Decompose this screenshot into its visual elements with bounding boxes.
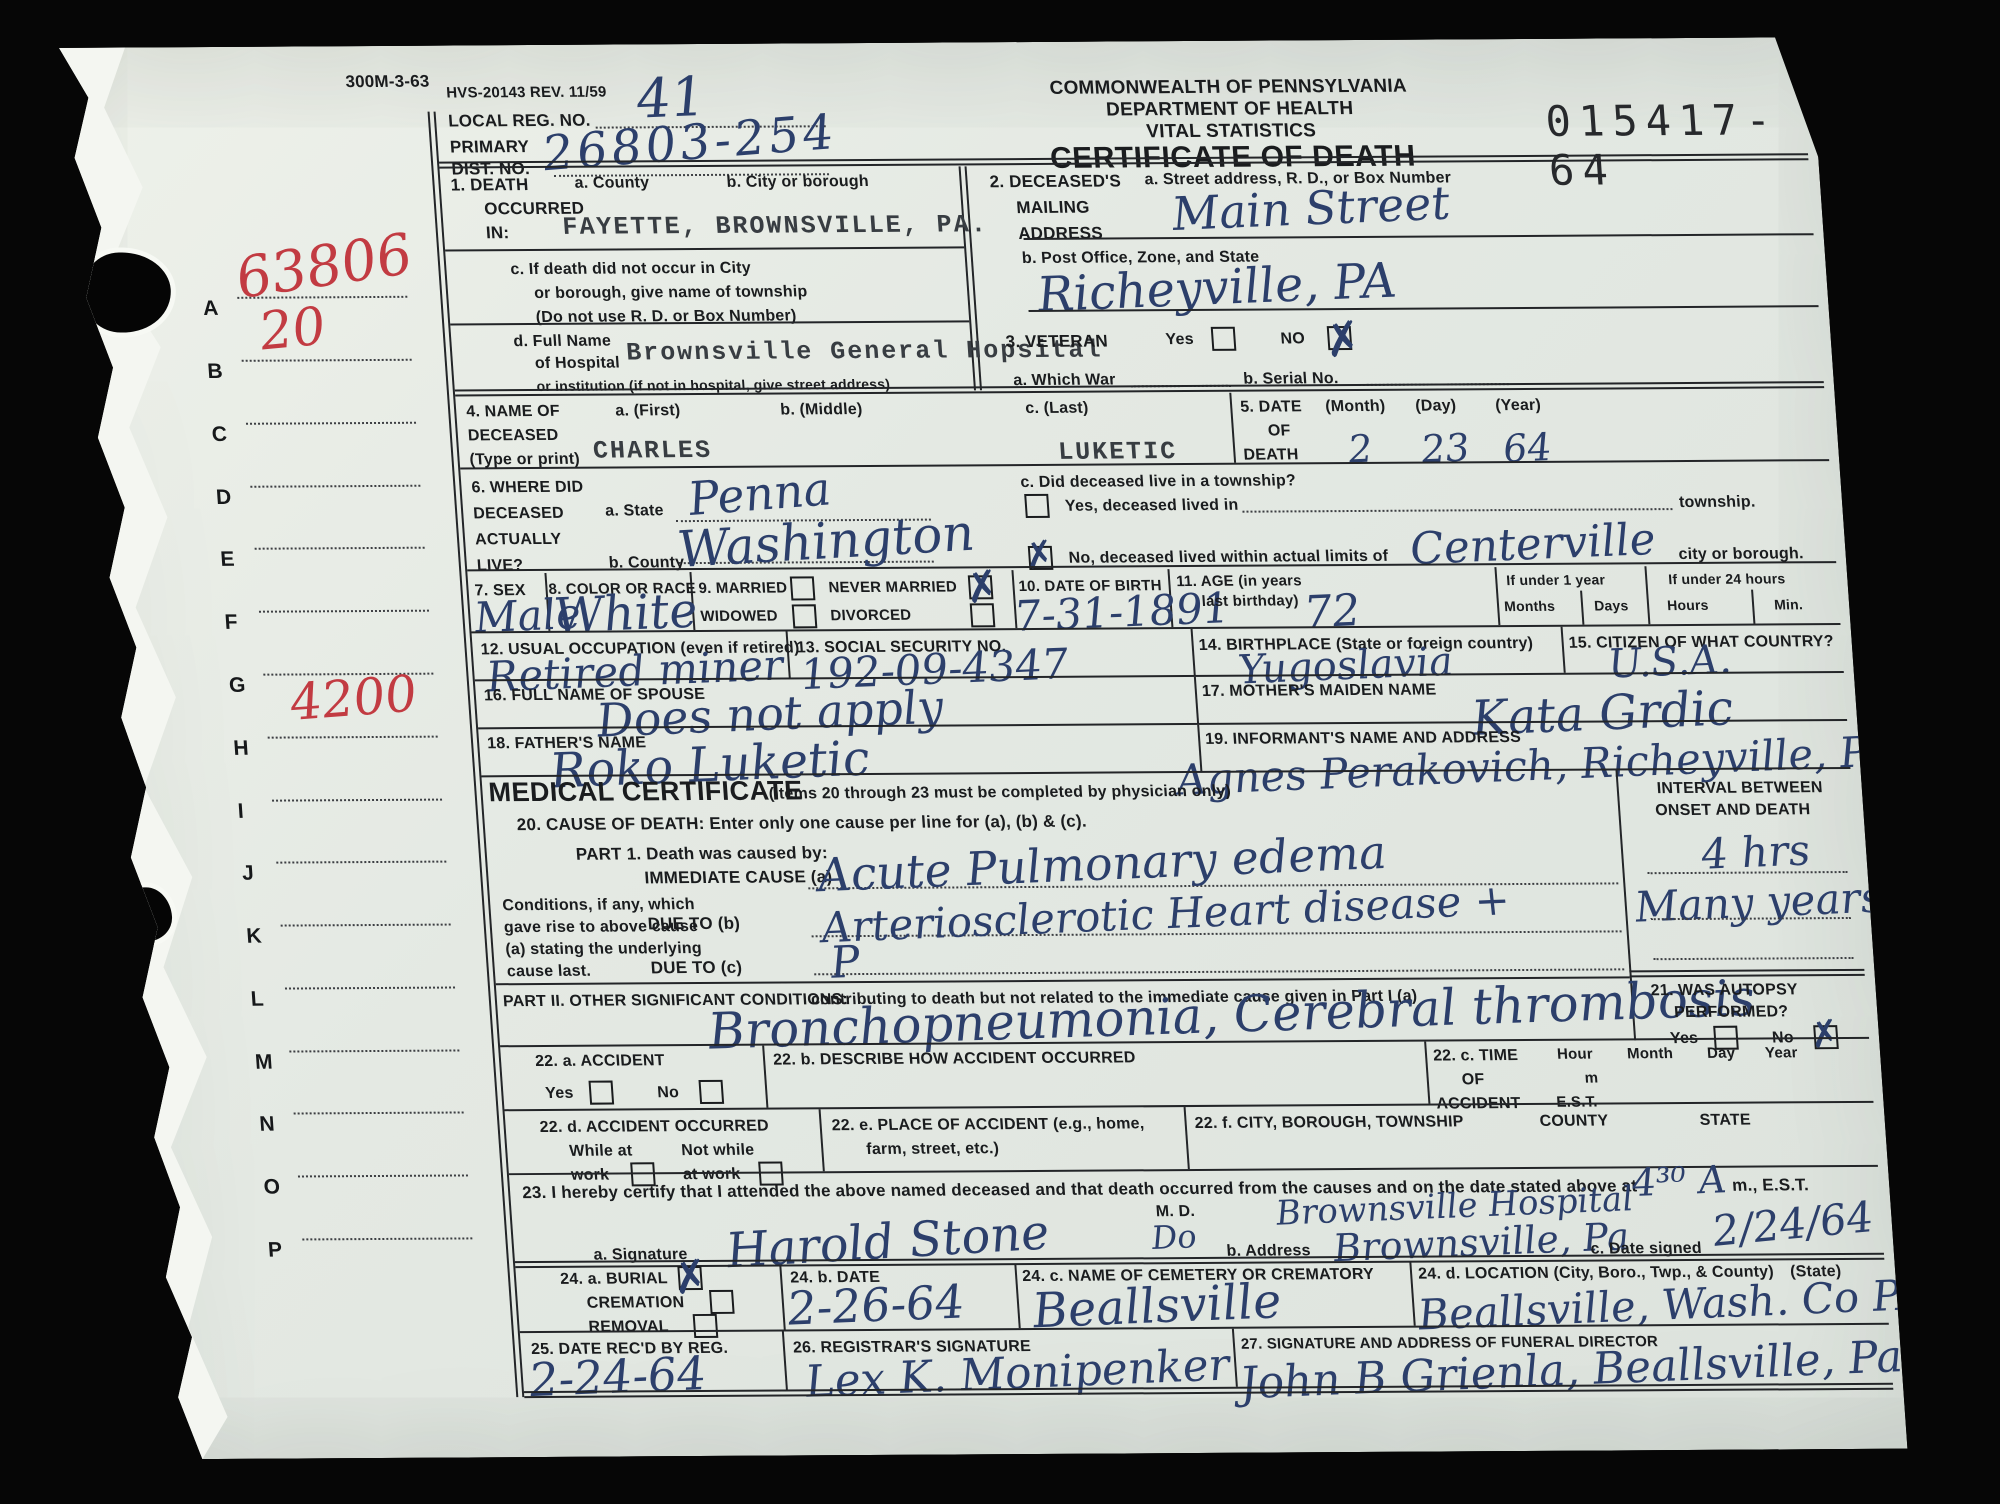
cause-c-scribble: P bbox=[828, 943, 862, 984]
margin-letter: C bbox=[211, 423, 228, 447]
s9-married-label: 9. MARRIED bbox=[698, 580, 788, 597]
s20-cond4: cause last. bbox=[506, 963, 591, 981]
divider bbox=[1644, 566, 1650, 624]
margin-letter: K bbox=[246, 925, 263, 949]
s22e-label2: farm, street, etc.) bbox=[866, 1140, 1000, 1159]
s23-time-value: 4³⁰ A bbox=[1630, 1162, 1727, 1200]
s21-label2: PERFORMED? bbox=[1674, 1003, 1789, 1022]
s3-veteran-label: 3. VETERAN bbox=[1005, 332, 1108, 352]
form-left-border bbox=[428, 112, 525, 1398]
margin-letter: H bbox=[233, 737, 250, 761]
s11-min-label: Min. bbox=[1774, 597, 1804, 613]
s24-date-value: 2-26-64 bbox=[785, 1281, 966, 1330]
interval-c-line bbox=[1653, 957, 1853, 960]
margin-line bbox=[250, 485, 420, 488]
margin-letter: O bbox=[263, 1176, 281, 1200]
s22c-hour-label: Hour bbox=[1557, 1047, 1594, 1064]
s22a-label: 22. a. ACCIDENT bbox=[535, 1052, 666, 1071]
margin-red-entry-b: 20 bbox=[256, 304, 329, 357]
cause-c-line bbox=[814, 968, 1624, 975]
divorced-checkbox bbox=[970, 603, 996, 627]
s23-time-suffix: m., E.S.T. bbox=[1732, 1175, 1810, 1194]
s11-under24-label: If under 24 hours bbox=[1668, 571, 1786, 587]
s20-part1-label: PART 1. Death was caused by: bbox=[575, 843, 828, 864]
s6-yes-checkbox bbox=[1024, 494, 1050, 518]
s9-widowed-label: WIDOWED bbox=[700, 609, 778, 626]
s1-place-value: FAYETTE, BROWNSVILLE, PA. bbox=[562, 210, 989, 242]
s24-cremation-label: CREMATION bbox=[586, 1294, 685, 1312]
s22e-label1: 22. e. PLACE OF ACCIDENT (e.g., home, bbox=[831, 1115, 1145, 1135]
interval-label1: INTERVAL BETWEEN bbox=[1656, 779, 1823, 798]
margin-letter: N bbox=[259, 1113, 276, 1137]
s20-label: 20. CAUSE OF DEATH: Enter only one cause… bbox=[516, 812, 1087, 835]
margin-letter: G bbox=[228, 674, 246, 698]
s4-middle-label: b. (Middle) bbox=[780, 401, 863, 419]
margin-letter: A bbox=[202, 297, 219, 321]
s3-no-label: NO bbox=[1280, 330, 1306, 348]
s6-yes-line bbox=[1242, 508, 1672, 513]
margin-letter: F bbox=[224, 611, 238, 635]
married-checkbox bbox=[790, 576, 816, 600]
s22c-label2: OF bbox=[1461, 1071, 1485, 1089]
s22f-county-label: COUNTY bbox=[1539, 1112, 1609, 1130]
autopsy-no-checkmark: ✗ bbox=[1806, 1015, 1843, 1055]
s1-label3: IN: bbox=[485, 223, 510, 242]
certificate-number-stamp: 015417-64 bbox=[1544, 95, 1846, 195]
s1-city-label: b. City or borough bbox=[726, 173, 869, 192]
divider bbox=[1014, 1264, 1020, 1328]
s4-label2: DECEASED bbox=[467, 427, 559, 445]
margin-red-entry-a: 63806 bbox=[232, 230, 417, 306]
margin-form-code: 300M-3-63 bbox=[345, 72, 430, 92]
s22c-month-label: Month bbox=[1627, 1046, 1674, 1063]
s5-label1: 5. DATE bbox=[1240, 398, 1303, 416]
s20-duec-label: DUE TO (c) bbox=[650, 958, 743, 978]
margin-letter: P bbox=[267, 1239, 283, 1263]
primary-label: PRIMARY bbox=[449, 137, 529, 157]
s22c-m-label: m bbox=[1584, 1071, 1599, 1088]
s3-yes-label: Yes bbox=[1165, 331, 1194, 349]
s6-label1: 6. WHERE DID bbox=[471, 479, 584, 498]
paper-hole-top bbox=[75, 247, 179, 338]
divider-4-5 bbox=[1229, 393, 1236, 463]
s6-no-checkmark: ✗ bbox=[1021, 536, 1058, 576]
subdivider bbox=[1751, 590, 1755, 624]
s9-never-label: NEVER MARRIED bbox=[828, 579, 958, 597]
s4-first-value: CHARLES bbox=[592, 436, 713, 466]
accident-no-checkbox bbox=[698, 1080, 724, 1104]
subdivider bbox=[1580, 591, 1584, 625]
s11-label2: last birthday) bbox=[1201, 593, 1299, 610]
s22d-while-label: While at bbox=[569, 1142, 633, 1160]
margin-line bbox=[268, 736, 438, 739]
s5-month-label: (Month) bbox=[1325, 398, 1386, 416]
margin-line bbox=[294, 1111, 464, 1114]
margin-line bbox=[289, 1049, 459, 1052]
s20-cond3: (a) stating the underlying bbox=[505, 940, 703, 959]
s11-days-label: Days bbox=[1594, 598, 1629, 614]
divider bbox=[1409, 1262, 1415, 1326]
medical-certificate-title: MEDICAL CERTIFICATE bbox=[488, 775, 804, 807]
s24-burial-label: 24. a. BURIAL bbox=[560, 1270, 669, 1289]
commonwealth-line: COMMONWEALTH OF PENNSYLVANIA bbox=[1027, 76, 1428, 100]
s1-label: 1. DEATH bbox=[450, 175, 529, 194]
s11-under1-label: If under 1 year bbox=[1506, 572, 1606, 588]
s4-first-label: a. (First) bbox=[615, 402, 681, 420]
margin-letter: M bbox=[254, 1051, 273, 1075]
divider bbox=[1184, 1107, 1190, 1169]
s22f-label: 22. f. CITY, BOROUGH, TOWNSHIP bbox=[1194, 1113, 1464, 1133]
interval-a-value: 4 hrs bbox=[1699, 831, 1811, 873]
divider bbox=[782, 1332, 788, 1390]
s2-label2: MAILING bbox=[1016, 198, 1090, 217]
s22c-label1: 22. c. TIME bbox=[1433, 1047, 1519, 1065]
margin-line bbox=[246, 422, 416, 425]
rule bbox=[445, 246, 964, 251]
margin-line bbox=[272, 799, 442, 802]
s11-label1: 11. AGE (in years bbox=[1176, 573, 1303, 591]
s20-cond1: Conditions, if any, which bbox=[502, 896, 695, 915]
margin-line bbox=[255, 547, 425, 550]
s6-label2: DECEASED bbox=[473, 505, 565, 523]
rule bbox=[1024, 233, 1814, 240]
veteran-yes-checkbox bbox=[1211, 327, 1237, 351]
divider bbox=[1424, 1042, 1430, 1104]
s11-hours-label: Hours bbox=[1667, 598, 1710, 614]
divider bbox=[1494, 567, 1500, 625]
margin-line bbox=[302, 1237, 472, 1240]
accident-yes-checkbox bbox=[588, 1081, 614, 1105]
s6-label4: LIVE? bbox=[476, 557, 524, 575]
s2-label3: ADDRESS bbox=[1018, 224, 1104, 244]
margin-letter: L bbox=[250, 988, 264, 1012]
s6-state-label: a. State bbox=[605, 502, 665, 520]
s5-day-label: (Day) bbox=[1415, 397, 1457, 415]
s5-label2: OF bbox=[1267, 422, 1291, 440]
interval-label2: ONSET AND DEATH bbox=[1655, 801, 1811, 820]
s21-label1: 21. WAS AUTOPSY bbox=[1650, 981, 1798, 1000]
margin-letter: I bbox=[237, 800, 245, 824]
removal-checkbox bbox=[693, 1314, 719, 1338]
s24-cemetery-value: Beallsville bbox=[1030, 1280, 1283, 1333]
s17-label: 17. MOTHER'S MAIDEN NAME bbox=[1201, 682, 1437, 701]
s4-last-label: c. (Last) bbox=[1025, 400, 1089, 418]
medical-certificate-note: (Items 20 through 23 must be completed b… bbox=[768, 783, 1231, 804]
s6-yes-label: Yes, deceased lived in bbox=[1064, 497, 1239, 516]
s22c-day-label: Day bbox=[1707, 1046, 1736, 1063]
divider bbox=[1191, 629, 1196, 675]
widowed-checkbox bbox=[792, 604, 818, 628]
s22c-year-label: Year bbox=[1765, 1045, 1799, 1062]
s22f-state-label: STATE bbox=[1699, 1112, 1751, 1130]
margin-letter: D bbox=[215, 486, 232, 510]
cremation-checkbox bbox=[709, 1290, 735, 1314]
s6-county-value: Washington bbox=[675, 511, 976, 573]
divider bbox=[819, 1109, 825, 1171]
s4-label1: 4. NAME OF bbox=[466, 403, 561, 421]
s22d-label: 22. d. ACCIDENT OCCURRED bbox=[539, 1118, 769, 1137]
divider bbox=[1194, 677, 1199, 723]
s1-d-label2: of Hospital bbox=[534, 354, 620, 372]
s6-township-question: c. Did deceased live in a township? bbox=[1020, 472, 1297, 492]
margin-letter: J bbox=[241, 862, 254, 886]
divider bbox=[1561, 627, 1566, 673]
s1-c-note2: or borough, give name of township bbox=[534, 283, 808, 303]
margin-letter: E bbox=[220, 548, 236, 572]
margin-letter: B bbox=[207, 360, 224, 384]
s20-immediate-label: IMMEDIATE CAUSE (a) bbox=[644, 867, 833, 887]
form-number: HVS-20143 REV. 11/59 bbox=[446, 85, 607, 103]
s9-divorced-label: DIVORCED bbox=[830, 608, 912, 625]
s22a-yes-label: Yes bbox=[545, 1085, 574, 1103]
margin-line bbox=[285, 987, 455, 990]
s23-datesigned-value: 2/24/64 bbox=[1710, 1198, 1876, 1251]
s22d-notwhile-label: Not while bbox=[681, 1142, 755, 1160]
s22b-label: 22. b. DESCRIBE HOW ACCIDENT OCCURRED bbox=[773, 1049, 1137, 1069]
death-certificate-scan: 300M-3-63 A B C D E F G H I J K L M N O … bbox=[45, 37, 1932, 1459]
s1-d-label1: d. Full Name bbox=[513, 333, 612, 351]
s24-removal-label: REMOVAL bbox=[588, 1318, 669, 1336]
veteran-no-checkmark: ✗ bbox=[1319, 314, 1366, 365]
s5-year-label: (Year) bbox=[1495, 397, 1542, 415]
department-line: DEPARTMENT OF HEALTH bbox=[1029, 98, 1430, 122]
s23-md-scribble: Do bbox=[1150, 1222, 1198, 1253]
margin-line bbox=[276, 861, 446, 864]
margin-line bbox=[259, 610, 429, 613]
margin-line bbox=[281, 924, 451, 927]
s2-label1: 2. DECEASED'S bbox=[989, 171, 1122, 191]
s11-months-label: Months bbox=[1504, 599, 1556, 615]
s6-township-suffix: township. bbox=[1678, 494, 1756, 512]
margin-red-entry-h: 4200 bbox=[287, 671, 420, 726]
s1-county-label: a. County bbox=[574, 174, 650, 192]
s20-dueb-label: DUE TO (b) bbox=[647, 914, 741, 934]
s1-c-note1: c. If death did not occur in City bbox=[510, 260, 752, 279]
s15-value: U.S.A. bbox=[1606, 642, 1732, 683]
margin-line bbox=[298, 1174, 468, 1177]
s6-label3: ACTUALLY bbox=[475, 531, 563, 549]
s22a-no-label: No bbox=[657, 1084, 680, 1102]
s2-street-value: Main Street bbox=[1170, 183, 1452, 236]
